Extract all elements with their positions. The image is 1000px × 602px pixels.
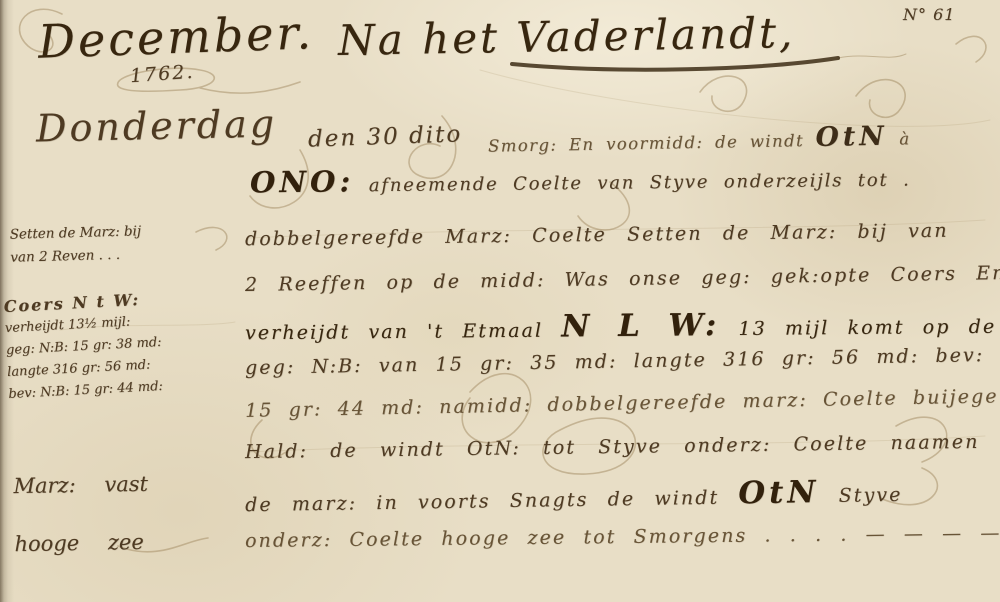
header-year: 1762.	[129, 61, 195, 87]
journal-line: verheijdt van 't Etmaal N L W: 13 mijl k…	[245, 305, 997, 348]
flourish	[838, 54, 906, 58]
journal-line-text: Hald: de windt OtN: tot Styve onderz: Co…	[245, 431, 980, 463]
margin-note-line: Marz: vast	[13, 455, 148, 515]
journal-line-text: 2 Reeffen op de midd: Was onse geg: gek:…	[245, 262, 1000, 296]
journal-line: onderz: Coelte hooge zee tot Smorgens . …	[245, 522, 1000, 552]
journal-line-emphasis: N L W:	[561, 307, 720, 344]
header-month: December.	[37, 5, 315, 69]
journal-line: ONO: afneemende Coelte van Styve onderze…	[250, 159, 911, 200]
show-through-stroke	[480, 70, 990, 126]
journal-line-text: Styve	[819, 484, 902, 507]
margin-note-sea-state: Marz: vast hooge zee	[13, 455, 149, 573]
margin-note-navigation: Coers N t W: verheijdt 13½ mijl: geg: N:…	[3, 288, 164, 406]
margin-note-topsail: Setten de Marz: bij van 2 Reven . . .	[9, 220, 142, 269]
journal-line: 15 gr: 44 md: namidd: dobbelgereefde mar…	[245, 384, 1000, 422]
journal-line-text: geg: N:B: van 15 gr: 35 md: langte 316 g…	[245, 343, 1000, 379]
journal-line: 2 Reeffen op de midd: Was onse geg: gek:…	[245, 262, 1000, 296]
journal-line: Smorg: En voormidd: de windt OtN à	[488, 120, 911, 158]
page-number: N° 61	[903, 5, 955, 24]
journal-line-emphasis: OtN	[815, 121, 888, 153]
journal-line: geg: N:B: van 15 gr: 35 md: langte 316 g…	[245, 343, 1000, 379]
journal-line-emphasis: OtN	[738, 474, 820, 511]
margin-note-line: Setten de Marz: bij	[9, 220, 141, 246]
journal-line-text: dobbelgereefde Marz: Coelte Setten de Ma…	[245, 220, 949, 251]
margin-note-line: hooge zee	[14, 513, 149, 573]
journal-line-text: onderz: Coelte hooge zee tot Smorgens . …	[245, 522, 1000, 552]
header-title: Na het Vaderlandt,	[338, 8, 796, 65]
flourish	[956, 36, 986, 62]
flourish	[700, 76, 747, 111]
journal-line-text: Smorg: En voormidd: de windt	[488, 131, 816, 156]
journal-page: December. 1762. Na het Vaderlandt, N° 61…	[0, 0, 1000, 602]
entry-day: Donderdag	[36, 101, 278, 150]
journal-line-text: verheijdt van 't Etmaal	[245, 320, 561, 345]
journal-line-emphasis: ONO:	[250, 164, 355, 199]
flourish	[856, 80, 905, 118]
journal-line-text: 15 gr: 44 md: namidd: dobbelgereefde mar…	[245, 384, 1000, 422]
journal-line: Hald: de windt OtN: tot Styve onderz: Co…	[245, 431, 980, 463]
journal-line-text: afneemende Coelte van Styve onderzeijls …	[354, 170, 910, 197]
entry-date: den 30 dito	[308, 121, 463, 152]
journal-line-text: de marz: in voorts Snagts de windt	[245, 486, 739, 516]
journal-line: dobbelgereefde Marz: Coelte Setten de Ma…	[245, 220, 949, 251]
flourish	[200, 82, 300, 93]
flourish	[196, 227, 227, 250]
journal-line-text: à	[888, 129, 911, 148]
journal-line: de marz: in voorts Snagts de windt OtN S…	[245, 473, 903, 519]
margin-note-line: van 2 Reven . . .	[10, 243, 142, 269]
journal-line-text: 13 mijl komt op de	[720, 316, 996, 340]
